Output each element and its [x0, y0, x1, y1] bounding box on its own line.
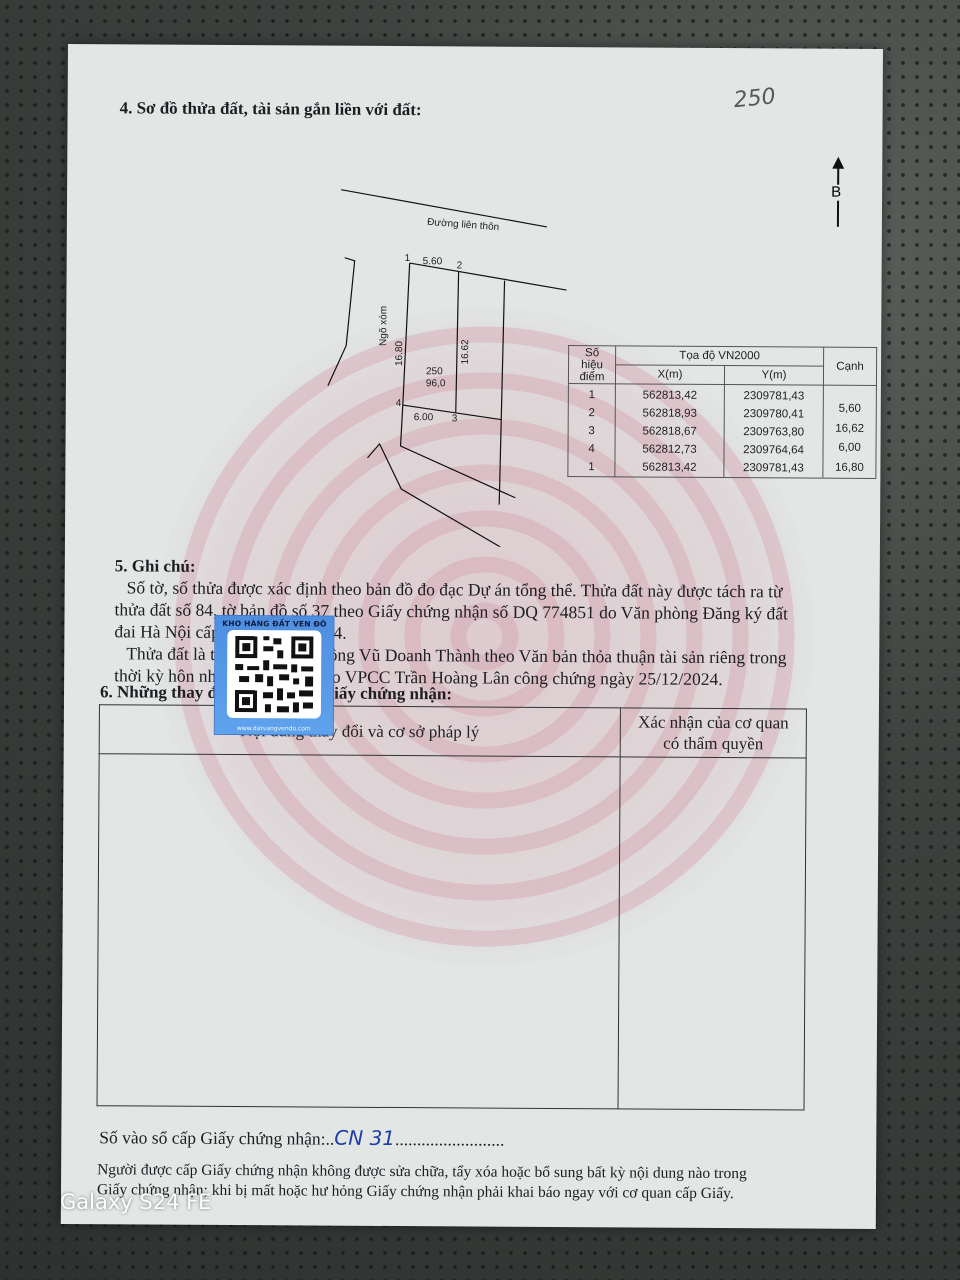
alley-label: Ngõ xóm	[378, 306, 389, 346]
col-coord-group-header: Tọa độ VN2000	[616, 346, 824, 366]
col-point-header: Số hiệu điểm	[568, 346, 615, 384]
qr-url[interactable]: www.datvangvendo.com	[215, 725, 333, 733]
edge-lengths-cell: 5,60 16,62 6,00 16,80	[823, 385, 877, 478]
edge-top-length: 5.60	[423, 256, 443, 267]
edge-length: 5,60	[828, 400, 872, 420]
row-point: 4	[568, 440, 615, 458]
table-row: 1 562813,42 2309781,43 5,60 16,62 6,00 1…	[568, 384, 876, 407]
row-x: 562813,42	[615, 384, 724, 405]
edge-left	[403, 263, 410, 405]
north-label: B	[831, 185, 841, 201]
parcel-area: 96,0	[426, 378, 446, 389]
register-number-line: Số vào sổ cấp Giấy chứng nhận:..CN 31...…	[99, 1124, 504, 1150]
row-y: 2309780,41	[724, 405, 823, 424]
col-confirmation-header: Xác nhận của cơ quan có thẩm quyền	[620, 708, 806, 758]
edge-left-length: 16.80	[394, 341, 405, 367]
edge-bottom-length: 6.00	[414, 412, 434, 423]
neighbor-line	[499, 281, 504, 505]
row-point: 3	[568, 422, 615, 440]
row-x: 562812,73	[615, 440, 724, 459]
alley-line	[328, 258, 355, 386]
handwritten-number: 250	[733, 84, 777, 113]
row-y: 2309764,64	[724, 441, 823, 460]
lower-road	[367, 444, 506, 547]
road-label: Đường liên thôn	[427, 217, 500, 233]
edge-length: 16,80	[827, 458, 871, 478]
point-3-label: 3	[452, 413, 458, 424]
north-arrow: B	[829, 157, 849, 229]
confirm-header-line: Xác nhận của cơ quan	[622, 711, 805, 733]
camera-watermark: Galaxy S24 FE	[60, 1190, 211, 1214]
row-x: 562813,42	[615, 458, 724, 477]
register-handwritten-value: CN 31	[334, 1126, 395, 1150]
edge-length: 16,62	[828, 419, 872, 439]
land-certificate-page: 4. Sơ đồ thửa đất, tài sản gắn liền với …	[61, 44, 883, 1229]
confirmation-cell	[618, 757, 806, 1110]
parcel-map: Đường liên thôn Ngõ xóm 250 96,0 1 2 3 4…	[325, 186, 587, 548]
changes-table: Nội dung thay đổi và cơ sở pháp lý Xác n…	[97, 704, 807, 1110]
qr-sticker[interactable]: KHO HÀNG ĐẤT VEN ĐÔ www.datvangve	[214, 615, 335, 736]
col-change-content-header: Nội dung thay đổi và cơ sở pháp lý	[99, 705, 620, 757]
row-point: 1	[568, 384, 615, 405]
change-content-cell	[97, 754, 620, 1109]
point-1-label: 1	[405, 253, 411, 264]
edge-length: 6,00	[827, 439, 871, 459]
point-2-label: 2	[457, 260, 463, 271]
row-x: 562818,67	[615, 422, 724, 441]
row-x: 562818,93	[615, 405, 724, 424]
col-y-header: Y(m)	[724, 366, 823, 386]
col-edge-header: Cạnh	[823, 347, 876, 385]
edge-right	[456, 271, 459, 412]
qr-code-icon[interactable]	[227, 630, 322, 719]
section4-title: 4. Sơ đồ thửa đất, tài sản gắn liền với …	[120, 98, 422, 120]
edge-right-length: 16.62	[460, 339, 471, 365]
row-y: 2309763,80	[724, 423, 823, 442]
row-y: 2309781,43	[724, 385, 823, 406]
north-arrow-icon	[832, 157, 844, 169]
qr-brand-label: KHO HÀNG ĐẤT VEN ĐÔ	[215, 619, 333, 629]
parcel-number: 250	[426, 366, 443, 377]
row-point: 1	[568, 458, 615, 477]
row-y: 2309781,43	[724, 459, 823, 478]
section5-title: 5. Ghi chú:	[115, 556, 196, 576]
register-label: Số vào sổ cấp Giấy chứng nhận:	[99, 1127, 325, 1148]
col-x-header: X(m)	[615, 365, 724, 385]
coordinate-table: Số hiệu điểm Tọa độ VN2000 Cạnh X(m) Y(m…	[567, 345, 877, 479]
row-point: 2	[568, 404, 615, 422]
point-4-label: 4	[396, 398, 402, 409]
confirm-header-line: có thẩm quyền	[622, 732, 805, 754]
